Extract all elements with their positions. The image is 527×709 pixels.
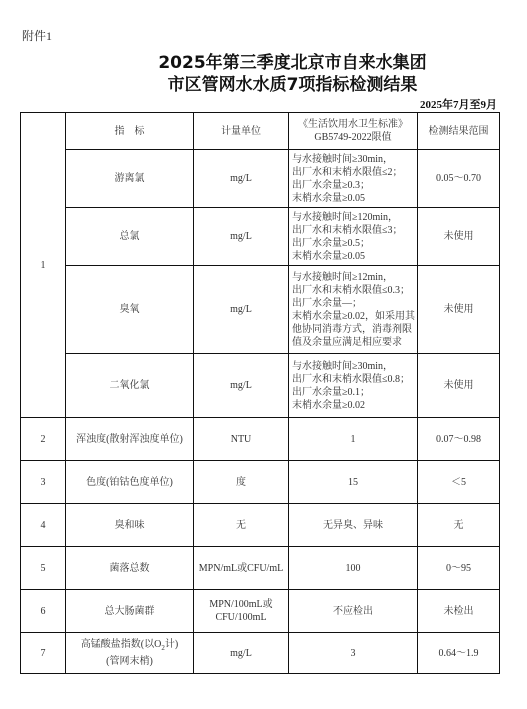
standard-line: 末梢水余量≥0.02 [292,399,415,412]
result-cell: 未使用 [418,208,500,266]
standard-line: 出厂水和末梢水限值≤0.3； [292,284,415,297]
result-cell: 未检出 [418,590,500,633]
standard-cell: 15 [289,461,418,504]
standard-line: 出厂水余量≥0.3； [292,179,415,192]
header-standard-line: GB5749-2022限值 [292,131,414,144]
standard-line: 与水接触时间≥30min， [292,360,415,373]
table-row: 游离氯 mg/L 与水接触时间≥30min， 出厂水和末梢水限值≤2； 出厂水余… [21,150,500,208]
result-cell: 0.05～0.70 [418,150,500,208]
table-row: 5 菌落总数 MPN/mL或CFU/mL 100 0～95 [21,547,500,590]
indicator-cell: 色度(铂钴色度单位) [66,461,194,504]
table-row: 二氧化氯 mg/L 与水接触时间≥30min， 出厂水和末梢水限值≤0.8； 出… [21,354,500,418]
standard-cell: 与水接触时间≥12min， 出厂水和末梢水限值≤0.3； 出厂水余量—； 末梢水… [289,266,418,354]
result-cell: 0.64～1.9 [418,633,500,674]
unit-line: CFU/100mL [197,611,285,624]
unit-cell: mg/L [194,150,289,208]
result-cell: 0.07～0.98 [418,418,500,461]
header-standard-line: 《生活饮用水卫生标准》 [292,118,414,131]
unit-cell: NTU [194,418,289,461]
unit-cell: mg/L [194,266,289,354]
header-indicator: 指 标 [66,113,194,150]
unit-cell: 度 [194,461,289,504]
unit-line: MPN/100mL或 [197,598,285,611]
standard-cell: 100 [289,547,418,590]
indicator-cell: 游离氯 [66,150,194,208]
row-number-cell: 6 [21,590,66,633]
result-cell: ＜5 [418,461,500,504]
standard-cell: 与水接触时间≥30min， 出厂水和末梢水限值≤2； 出厂水余量≥0.3； 末梢… [289,150,418,208]
table-row: 4 臭和味 无 无异臭、异味 无 [21,504,500,547]
table-row: 3 色度(铂钴色度单位) 度 15 ＜5 [21,461,500,504]
title-line-1: 2025年第三季度北京市自来水集团 [58,52,527,74]
indicator-cell: 臭氧 [66,266,194,354]
standard-cell: 1 [289,418,418,461]
standard-line: 值及余量应满足相应要求 [292,336,415,349]
table-row: 臭氧 mg/L 与水接触时间≥12min， 出厂水和末梢水限值≤0.3； 出厂水… [21,266,500,354]
header-unit: 计量单位 [194,113,289,150]
indicator-cell: 高锰酸盐指数(以O2计) (管网末梢) [66,633,194,674]
unit-cell: MPN/mL或CFU/mL [194,547,289,590]
standard-line: 出厂水和末梢水限值≤3； [292,224,415,237]
report-period: 2025年7月至9月 [420,96,497,112]
standard-line: 与水接触时间≥120min， [292,211,415,224]
indicator-cell: 总氯 [66,208,194,266]
header-result: 检测结果范围 [418,113,500,150]
result-cell: 未使用 [418,266,500,354]
unit-cell: MPN/100mL或 CFU/100mL [194,590,289,633]
header-standard: 《生活饮用水卫生标准》 GB5749-2022限值 [289,113,418,150]
row-number-cell: 7 [21,633,66,674]
result-cell: 未使用 [418,354,500,418]
standard-cell: 与水接触时间≥120min， 出厂水和末梢水限值≤3； 出厂水余量≥0.5； 末… [289,208,418,266]
standard-cell: 无异臭、异味 [289,504,418,547]
table-row: 7 高锰酸盐指数(以O2计) (管网末梢) mg/L 3 0.64～1.9 [21,633,500,674]
table-row: 总氯 mg/L 与水接触时间≥120min， 出厂水和末梢水限值≤3； 出厂水余… [21,208,500,266]
unit-cell: mg/L [194,354,289,418]
standard-cell: 与水接触时间≥30min， 出厂水和末梢水限值≤0.8； 出厂水余量≥0.1； … [289,354,418,418]
page-title: 2025年第三季度北京市自来水集团 市区管网水水质7项指标检测结果 [0,52,527,96]
standard-cell: 不应检出 [289,590,418,633]
standard-line: 出厂水余量—； [292,297,415,310]
result-cell: 0～95 [418,547,500,590]
standard-cell: 3 [289,633,418,674]
indicator-cell: 总大肠菌群 [66,590,194,633]
indicator-text: 计) [165,639,178,650]
row-number-cell: 3 [21,461,66,504]
standard-line: 末梢水余量≥0.05 [292,250,415,263]
table-row: 6 总大肠菌群 MPN/100mL或 CFU/100mL 不应检出 未检出 [21,590,500,633]
standard-line: 出厂水和末梢水限值≤2； [292,166,415,179]
standard-line: 他协同消毒方式，消毒剂限 [292,323,415,336]
row-number-cell: 5 [21,547,66,590]
results-table: 1 指 标 计量单位 《生活饮用水卫生标准》 GB5749-2022限值 检测结… [20,112,500,674]
standard-line: 与水接触时间≥12min， [292,271,415,284]
result-cell: 无 [418,504,500,547]
row-number-cell: 4 [21,504,66,547]
indicator-cell: 二氧化氯 [66,354,194,418]
title-line-2: 市区管网水水质7项指标检测结果 [58,74,527,96]
indicator-text: 高锰酸盐指数(以O [81,639,162,650]
indicator-cell: 臭和味 [66,504,194,547]
standard-line: 与水接触时间≥30min， [292,153,415,166]
indicator-line: 高锰酸盐指数(以O2计) [69,638,190,655]
standard-line: 末梢水余量≥0.05 [292,192,415,205]
indicator-cell: 菌落总数 [66,547,194,590]
unit-cell: mg/L [194,633,289,674]
row-number-cell: 1 [21,113,66,418]
unit-cell: 无 [194,504,289,547]
indicator-cell: 浑浊度(散射浑浊度单位) [66,418,194,461]
unit-cell: mg/L [194,208,289,266]
indicator-line: (管网末梢) [69,655,190,668]
row-number-cell: 2 [21,418,66,461]
attachment-label: 附件1 [22,27,52,44]
standard-line: 出厂水余量≥0.1； [292,386,415,399]
standard-line: 末梢水余量≥0.02，如采用其 [292,310,415,323]
standard-line: 出厂水余量≥0.5； [292,237,415,250]
standard-line: 出厂水和末梢水限值≤0.8； [292,373,415,386]
table-row: 2 浑浊度(散射浑浊度单位) NTU 1 0.07～0.98 [21,418,500,461]
header-row: 1 指 标 计量单位 《生活饮用水卫生标准》 GB5749-2022限值 检测结… [21,113,500,150]
